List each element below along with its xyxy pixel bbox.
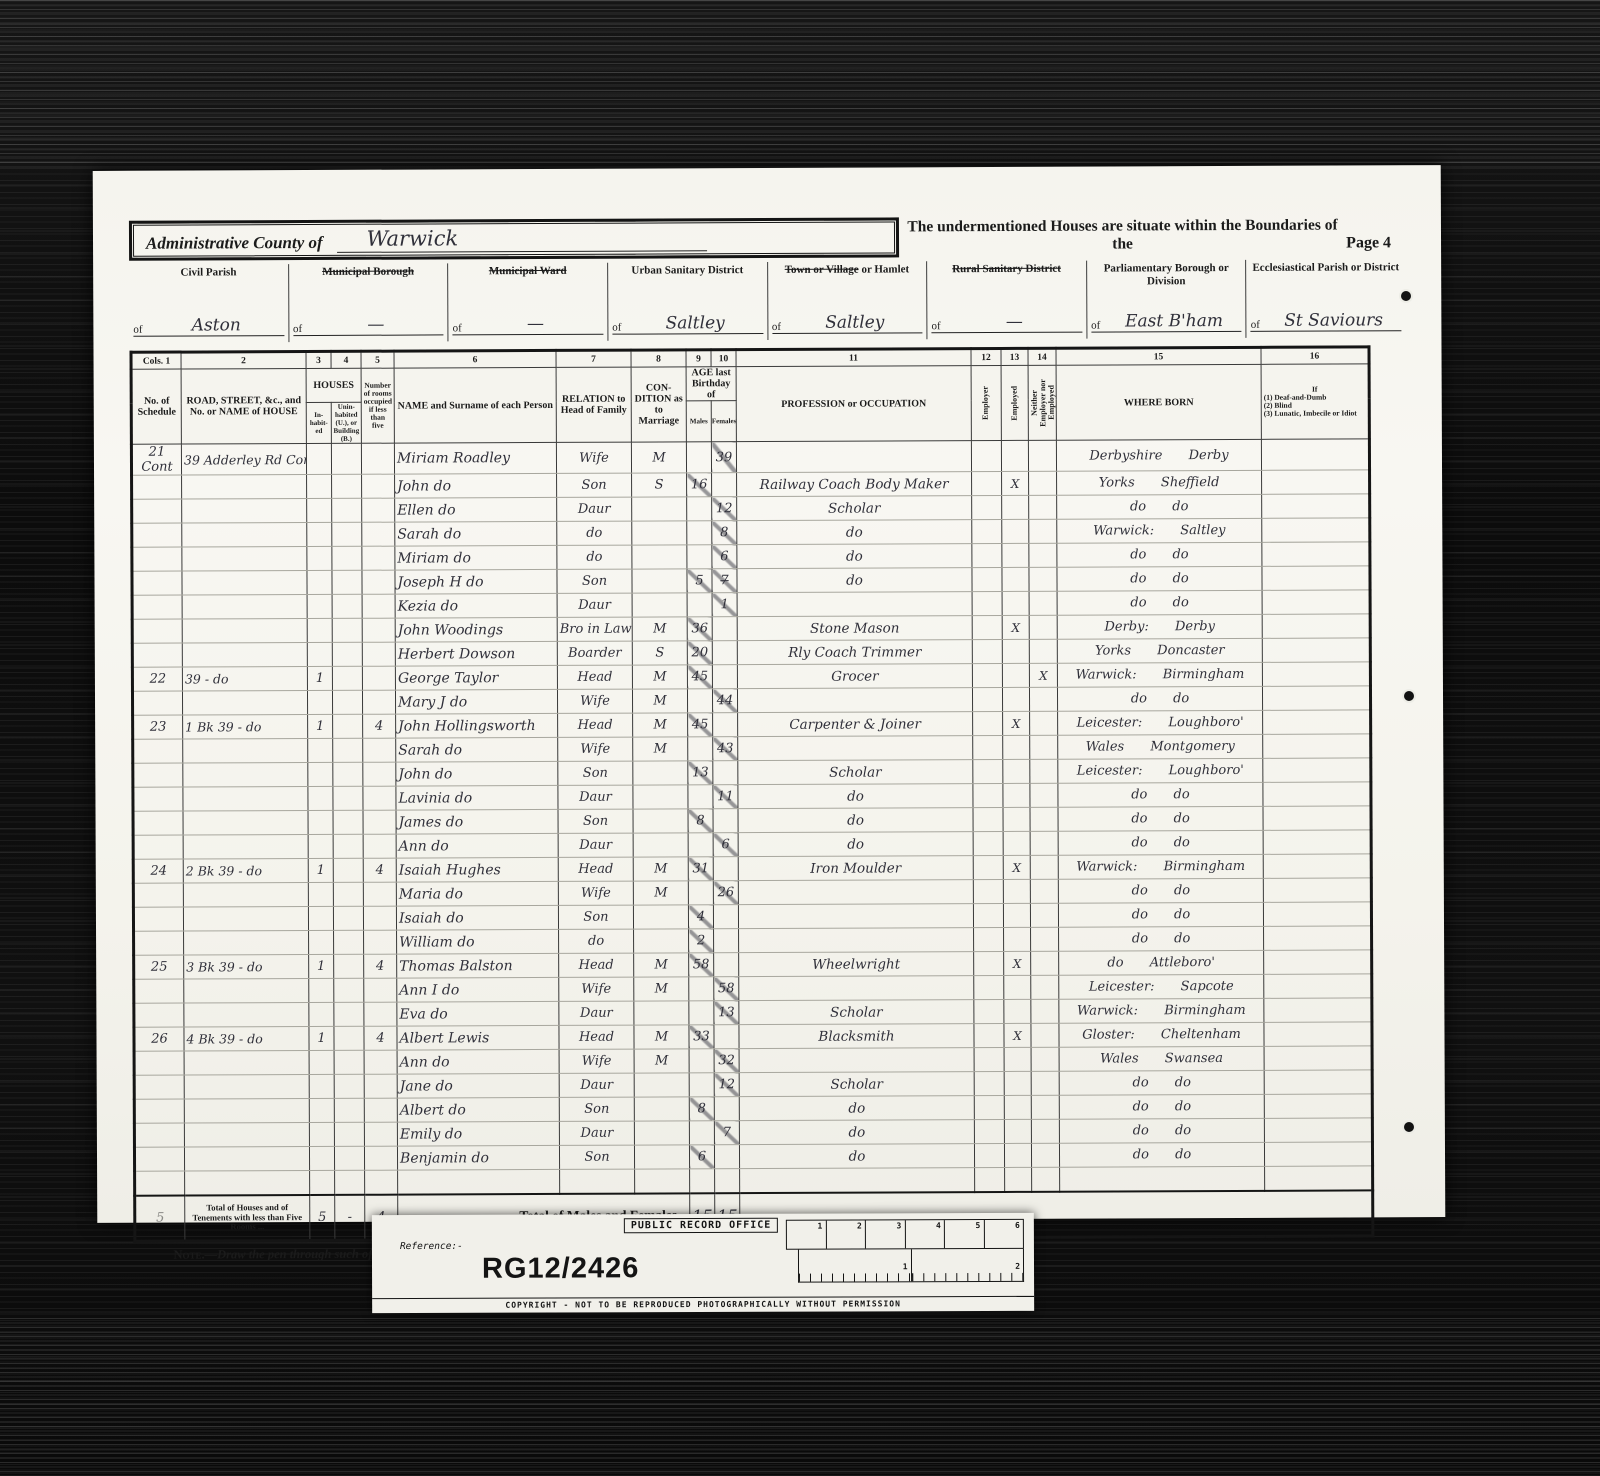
cell-employed: X — [1003, 855, 1030, 879]
cell-uninhabited — [332, 522, 362, 546]
cell-schedule — [132, 475, 182, 499]
cell-address — [184, 1075, 309, 1100]
col-number: 8 — [631, 350, 686, 367]
cell-age-female — [714, 1025, 739, 1049]
cell-condition — [632, 521, 687, 545]
cell-condition: S — [632, 473, 687, 497]
cell-employer — [972, 615, 1002, 639]
cell-inhabited — [307, 594, 332, 618]
cell-infirmity — [1264, 926, 1372, 950]
cell-relation: Son — [559, 1097, 634, 1121]
cell-infirmity — [1264, 1070, 1372, 1094]
cell-address — [182, 619, 307, 644]
cell-inhabited — [307, 474, 332, 498]
header-employed: Employed — [1001, 365, 1028, 440]
district-column-2: Municipal Wardof— — [448, 263, 608, 342]
cell-name: John do — [396, 761, 558, 786]
district-value: St Saviours — [1266, 310, 1402, 331]
cell-schedule — [132, 643, 182, 667]
cell-condition — [632, 497, 687, 521]
cell-age-female — [715, 1169, 740, 1193]
cell-employer — [973, 783, 1003, 807]
cell-age-male — [688, 737, 713, 761]
cell-address — [185, 1171, 310, 1196]
cell-rooms — [362, 642, 395, 666]
cell-age-female: 44 — [712, 689, 737, 713]
district-label: Municipal Borough — [293, 265, 444, 278]
cell-age-female — [713, 905, 738, 929]
ruler-inch-mark: 2 — [911, 1249, 1023, 1281]
cell-uninhabited — [333, 882, 363, 906]
cell-employer — [973, 759, 1003, 783]
cell-name: William do — [397, 929, 559, 954]
district-value: — — [468, 314, 604, 335]
cell-employer — [974, 975, 1004, 999]
cell-age-female: 43 — [713, 737, 738, 761]
cell-rooms — [362, 498, 395, 522]
district-column-3: Urban Sanitary DistrictofSaltley — [608, 262, 768, 341]
cell-condition — [632, 545, 687, 569]
cell-relation: Head — [559, 1025, 634, 1049]
cell-uninhabited — [334, 1050, 364, 1074]
cell-address: 1 Bk 39 - do — [183, 715, 308, 740]
cell-employer — [971, 440, 1001, 471]
cell-age-male — [687, 545, 712, 569]
cell-name: Herbert Dowson — [395, 641, 557, 666]
cell-where-born: Warwick: Birmingham — [1057, 662, 1262, 687]
cell-uninhabited — [332, 594, 362, 618]
cell-name: James do — [396, 809, 558, 834]
cell-schedule — [134, 1123, 184, 1147]
cell-employer — [974, 1143, 1004, 1167]
cell-age-male — [689, 1049, 714, 1073]
cell-schedule — [133, 811, 183, 835]
of-label: of — [1251, 319, 1266, 331]
cell-neither — [1031, 1047, 1059, 1071]
cell-name: Sarah do — [396, 737, 558, 762]
cell-schedule — [132, 619, 182, 643]
cell-infirmity — [1262, 638, 1370, 662]
cell-neither — [1029, 519, 1057, 543]
cell-occupation: do — [738, 784, 973, 809]
cell-schedule: 25 — [134, 955, 184, 979]
cell-neither — [1029, 639, 1057, 663]
cell-occupation: Scholar — [737, 496, 972, 521]
cell-name: Albert do — [397, 1097, 559, 1122]
cell-relation: Daur — [559, 1121, 634, 1145]
county-label: Administrative County of — [146, 233, 323, 254]
cell-age-female: 8 — [712, 521, 737, 545]
cell-age-male — [689, 1073, 714, 1097]
cell-where-born: Gloster: Cheltenham — [1059, 1022, 1264, 1047]
cell-relation: Daur — [559, 1001, 634, 1025]
cell-name: Benjamin do — [397, 1145, 559, 1170]
cell-where-born: Yorks Sheffield — [1057, 470, 1262, 495]
header-uninhabited: Unin-habited (U.), or Building (B.) — [331, 402, 361, 443]
cell-inhabited — [308, 762, 333, 786]
cell-inhabited — [307, 642, 332, 666]
cell-infirmity — [1264, 1118, 1372, 1142]
cell-uninhabited — [333, 834, 363, 858]
cell-age-female: 11 — [713, 785, 738, 809]
punch-hole — [1404, 1122, 1414, 1132]
cell-inhabited — [309, 1002, 334, 1026]
measuring-ruler: 123456 12 — [786, 1219, 1024, 1283]
cell-age-male: 4 — [688, 905, 713, 929]
cell-employer — [972, 471, 1002, 495]
film-streaks-bottom — [0, 1318, 1600, 1476]
district-value: Aston — [149, 315, 285, 336]
ruler-mark: 5 — [945, 1220, 985, 1248]
district-value: — — [947, 312, 1083, 333]
cell-address — [184, 1099, 309, 1124]
cell-infirmity — [1262, 566, 1370, 590]
cell-occupation: Carpenter & Joiner — [738, 712, 973, 737]
cell-neither — [1029, 687, 1057, 711]
cell-relation: Wife — [559, 1049, 634, 1073]
cell-schedule: 23 — [133, 715, 183, 739]
cell-infirmity — [1262, 590, 1370, 614]
cell-relation: Son — [557, 473, 632, 497]
ruler-top: 123456 — [786, 1219, 1024, 1250]
film-streaks-top — [0, 0, 1600, 168]
header-where-born: WHERE BORN — [1056, 364, 1261, 440]
cell-age-male: 31 — [688, 857, 713, 881]
district-value-line: ofSaltley — [772, 312, 923, 334]
cell-employer — [972, 663, 1002, 687]
cell-where-born: do do — [1057, 590, 1262, 615]
table-header: Cols. 1 2 3 4 5 6 7 8 9 10 11 12 13 14 1… — [131, 347, 1369, 444]
cell-occupation — [736, 441, 971, 473]
cell-condition — [634, 929, 689, 953]
cell-relation: Daur — [558, 785, 633, 809]
cell-neither — [1030, 735, 1058, 759]
cell-inhabited — [309, 1122, 334, 1146]
cell-relation: Wife — [559, 977, 634, 1001]
cell-employer — [972, 639, 1002, 663]
cell-infirmity — [1264, 1142, 1372, 1166]
cell-where-born: Warwick: Birmingham — [1059, 998, 1264, 1023]
cell-age-female: 7 — [712, 569, 737, 593]
cell-age-male — [689, 1001, 714, 1025]
punch-hole — [1401, 291, 1411, 301]
cell-neither — [1031, 1119, 1059, 1143]
cell-age-male: 16 — [687, 473, 712, 497]
cell-inhabited — [307, 498, 332, 522]
cell-where-born: Derbyshire Derby — [1056, 439, 1261, 471]
pro-reference-stamp: PUBLIC RECORD OFFICE Reference:- RG12/24… — [372, 1213, 1034, 1313]
cell-neither — [1031, 999, 1059, 1023]
cell-age-male: 6 — [689, 1145, 714, 1169]
cell-address — [182, 475, 307, 500]
cell-age-female — [713, 857, 738, 881]
col-number: 11 — [736, 349, 971, 367]
header-age: AGE last Birthday of — [686, 367, 736, 401]
cell-rooms — [362, 666, 395, 690]
cell-rooms — [363, 882, 396, 906]
district-value: East B'ham — [1106, 311, 1242, 332]
cell-address: 3 Bk 39 - do — [184, 955, 309, 980]
cell-inhabited — [306, 443, 331, 474]
cell-employed — [1005, 1167, 1032, 1191]
cell-age-male — [687, 521, 712, 545]
cell-where-born: Wales Swansea — [1059, 1046, 1264, 1071]
cell-employed — [1003, 879, 1030, 903]
cell-age-female: 58 — [714, 977, 739, 1001]
cell-neither — [1031, 927, 1059, 951]
cell-where-born: do do — [1059, 1142, 1264, 1167]
cell-age-female: 6 — [713, 833, 738, 857]
cell-occupation: Stone Mason — [737, 616, 972, 641]
cell-neither — [1028, 440, 1056, 471]
cell-infirmity — [1264, 974, 1372, 998]
of-label: of — [453, 322, 468, 334]
cell-employed — [1002, 663, 1029, 687]
cell-employed — [1004, 1095, 1031, 1119]
cell-employer — [974, 927, 1004, 951]
cell-name: Mary J do — [395, 689, 557, 714]
cell-uninhabited — [334, 1098, 364, 1122]
cell-condition: M — [633, 737, 688, 761]
cell-uninhabited — [331, 443, 361, 474]
cell-uninhabited — [334, 1122, 364, 1146]
cell-condition: M — [632, 665, 687, 689]
cell-where-born: do do — [1059, 1118, 1264, 1143]
cell-neither — [1029, 495, 1057, 519]
cell-occupation: do — [739, 1120, 974, 1145]
header-condition: CON-DITION as to Marriage — [631, 367, 686, 442]
cell-occupation — [738, 880, 973, 905]
header-name: NAME and Surname of each Person — [394, 367, 556, 443]
cell-occupation: Railway Coach Body Maker — [737, 472, 972, 497]
cell-occupation — [740, 1168, 975, 1193]
cell-uninhabited — [332, 666, 362, 690]
cell-employer — [972, 687, 1002, 711]
cell-employed — [1002, 519, 1029, 543]
district-value-line: of— — [453, 314, 604, 336]
cell-schedule — [132, 571, 182, 595]
cell-occupation: Grocer — [737, 664, 972, 689]
cell-where-born: do do — [1059, 1094, 1264, 1119]
cell-employer — [973, 807, 1003, 831]
cell-condition — [634, 1097, 689, 1121]
cell-inhabited — [309, 1074, 334, 1098]
cell-name: Albert Lewis — [397, 1025, 559, 1050]
cell-where-born: do do — [1059, 926, 1264, 951]
cell-address — [183, 883, 308, 908]
cell-employer — [972, 495, 1002, 519]
cell-employed — [1003, 759, 1030, 783]
cell-schedule — [132, 547, 182, 571]
cell-name: Ann I do — [397, 977, 559, 1002]
cell-neither — [1031, 1071, 1059, 1095]
cell-schedule — [134, 979, 184, 1003]
district-label: Urban Sanitary District — [612, 264, 763, 277]
cell-age-female — [713, 761, 738, 785]
cell-schedule — [132, 595, 182, 619]
cell-name: Kezia do — [395, 593, 557, 618]
district-value-line: ofEast B'ham — [1091, 311, 1242, 333]
cell-relation: Son — [559, 1145, 634, 1169]
census-table: Cols. 1 2 3 4 5 6 7 8 9 10 11 12 13 14 1… — [129, 345, 1374, 1242]
ruler-bottom: 12 — [798, 1249, 1024, 1283]
cell-neither — [1032, 1167, 1060, 1191]
cell-relation: Daur — [557, 593, 632, 617]
cell-name — [398, 1169, 560, 1194]
cell-inhabited — [307, 618, 332, 642]
cell-infirmity — [1262, 542, 1370, 566]
cell-age-male: 5 — [687, 569, 712, 593]
cell-age-female: 12 — [712, 497, 737, 521]
cell-rooms — [362, 690, 395, 714]
cell-rooms — [362, 546, 395, 570]
district-label: Parliamentary Borough or Division — [1091, 262, 1242, 288]
cell-age-male — [687, 593, 712, 617]
cell-address — [183, 907, 308, 932]
col-number: 14 — [1028, 348, 1056, 365]
cell-age-male — [688, 833, 713, 857]
district-column-6: Parliamentary Borough or DivisionofEast … — [1087, 260, 1247, 339]
cell-where-born: Leicester: Loughboro' — [1058, 710, 1263, 735]
boundaries-text: The undermentioned Houses are situate wi… — [899, 216, 1346, 257]
cell-address — [184, 1051, 309, 1076]
cell-neither — [1031, 975, 1059, 999]
of-label: of — [293, 323, 308, 335]
cell-rooms — [363, 786, 396, 810]
census-rows: 21 Cont39 Adderley Rd ContdMiriam Roadle… — [131, 439, 1372, 1195]
cell-neither — [1030, 711, 1058, 735]
cell-inhabited — [307, 570, 332, 594]
cell-relation: Boarder — [557, 641, 632, 665]
header-relation: RELATION to Head of Family — [556, 367, 631, 442]
cell-employed — [1003, 831, 1030, 855]
cell-infirmity — [1262, 470, 1370, 494]
district-label: Ecclesiastical Parish or District — [1250, 261, 1401, 274]
cell-age-female: 26 — [713, 881, 738, 905]
cell-where-born: do Attleboro' — [1059, 950, 1264, 975]
cell-inhabited — [307, 546, 332, 570]
cell-condition: S — [632, 641, 687, 665]
header-inhabited: In-habit-ed — [306, 402, 331, 443]
cell-uninhabited — [334, 1146, 364, 1170]
district-label-struck: Municipal Ward — [489, 265, 567, 277]
cell-employed — [1003, 807, 1030, 831]
cell-employed — [1001, 440, 1028, 471]
cell-employed — [1002, 591, 1029, 615]
cell-infirmity — [1262, 518, 1370, 542]
cell-address — [184, 1003, 309, 1028]
cell-condition — [633, 785, 688, 809]
cell-uninhabited — [333, 786, 363, 810]
cell-address: 4 Bk 39 - do — [184, 1027, 309, 1052]
cell-employed — [1004, 1071, 1031, 1095]
cell-employed — [1004, 927, 1031, 951]
cell-relation: do — [557, 521, 632, 545]
cell-occupation: Scholar — [738, 760, 973, 785]
district-value: Saltley — [627, 313, 763, 334]
cell-employed: X — [1004, 951, 1031, 975]
cell-neither — [1031, 1143, 1059, 1167]
cell-address — [184, 979, 309, 1004]
cell-employer — [973, 903, 1003, 927]
cell-relation: Bro in Law — [557, 617, 632, 641]
cell-age-female: 1 — [712, 593, 737, 617]
district-label-struck: Town or Village — [785, 264, 859, 276]
cell-name: Isaiah Hughes — [396, 857, 558, 882]
cell-employed: X — [1004, 1023, 1031, 1047]
district-label-text: Urban Sanitary District — [631, 264, 743, 276]
district-label-text: or Hamlet — [859, 263, 910, 275]
ruler-inch-number: 2 — [1015, 1262, 1020, 1271]
cell-condition: M — [633, 713, 688, 737]
cell-uninhabited — [334, 978, 364, 1002]
cell-age-male: 8 — [688, 809, 713, 833]
cell-uninhabited — [332, 642, 362, 666]
cell-uninhabited — [334, 1002, 364, 1026]
cell-uninhabited — [333, 810, 363, 834]
header-rooms: Number of rooms occupied if less than fi… — [361, 368, 394, 443]
cell-age-female — [712, 617, 737, 641]
cell-age-female: 7 — [714, 1121, 739, 1145]
district-column-4: Town or Village or HamletofSaltley — [768, 261, 928, 340]
cell-employer — [974, 1023, 1004, 1047]
ruler-mark: 6 — [984, 1220, 1023, 1248]
header-profession: PROFESSION or OCCUPATION — [736, 366, 971, 442]
cell-condition — [634, 1001, 689, 1025]
cell-relation: Son — [558, 809, 633, 833]
cell-rooms — [361, 443, 394, 474]
cell-where-born — [1060, 1166, 1265, 1191]
cell-rooms — [363, 738, 396, 762]
cell-schedule — [133, 835, 183, 859]
cell-employer — [974, 999, 1004, 1023]
cell-neither: X — [1029, 663, 1057, 687]
cell-employer — [972, 591, 1002, 615]
cell-age-female: 32 — [714, 1049, 739, 1073]
cell-uninhabited — [333, 762, 363, 786]
of-label: of — [931, 320, 946, 332]
pro-office-label: PUBLIC RECORD OFFICE — [624, 1218, 778, 1234]
cell-name: John do — [395, 473, 557, 498]
cell-uninhabited — [334, 1026, 364, 1050]
cell-where-born: do do — [1058, 878, 1263, 903]
cell-rooms — [362, 594, 395, 618]
cell-infirmity — [1263, 806, 1371, 830]
cell-where-born: do do — [1058, 806, 1263, 831]
cell-infirmity — [1262, 662, 1370, 686]
cell-where-born: do do — [1057, 566, 1262, 591]
cell-employed — [1003, 903, 1030, 927]
district-value: Saltley — [787, 312, 923, 333]
cell-rooms: 4 — [363, 858, 396, 882]
cell-inhabited: 1 — [309, 954, 334, 978]
cell-age-male: 36 — [687, 617, 712, 641]
cell-name: Jane do — [397, 1073, 559, 1098]
cell-schedule — [133, 883, 183, 907]
cell-schedule: 21 Cont — [131, 444, 181, 475]
cell-employed — [1002, 687, 1029, 711]
cell-age-male: 33 — [689, 1025, 714, 1049]
cell-where-born: do do — [1057, 542, 1262, 567]
cell-address: 2 Bk 39 - do — [183, 859, 308, 884]
cell-employed — [1002, 639, 1029, 663]
cell-condition: M — [634, 953, 689, 977]
cell-condition: M — [632, 617, 687, 641]
cell-inhabited — [308, 882, 333, 906]
cell-name: Miriam do — [395, 545, 557, 570]
cell-employer — [974, 1071, 1004, 1095]
cell-neither — [1030, 831, 1058, 855]
